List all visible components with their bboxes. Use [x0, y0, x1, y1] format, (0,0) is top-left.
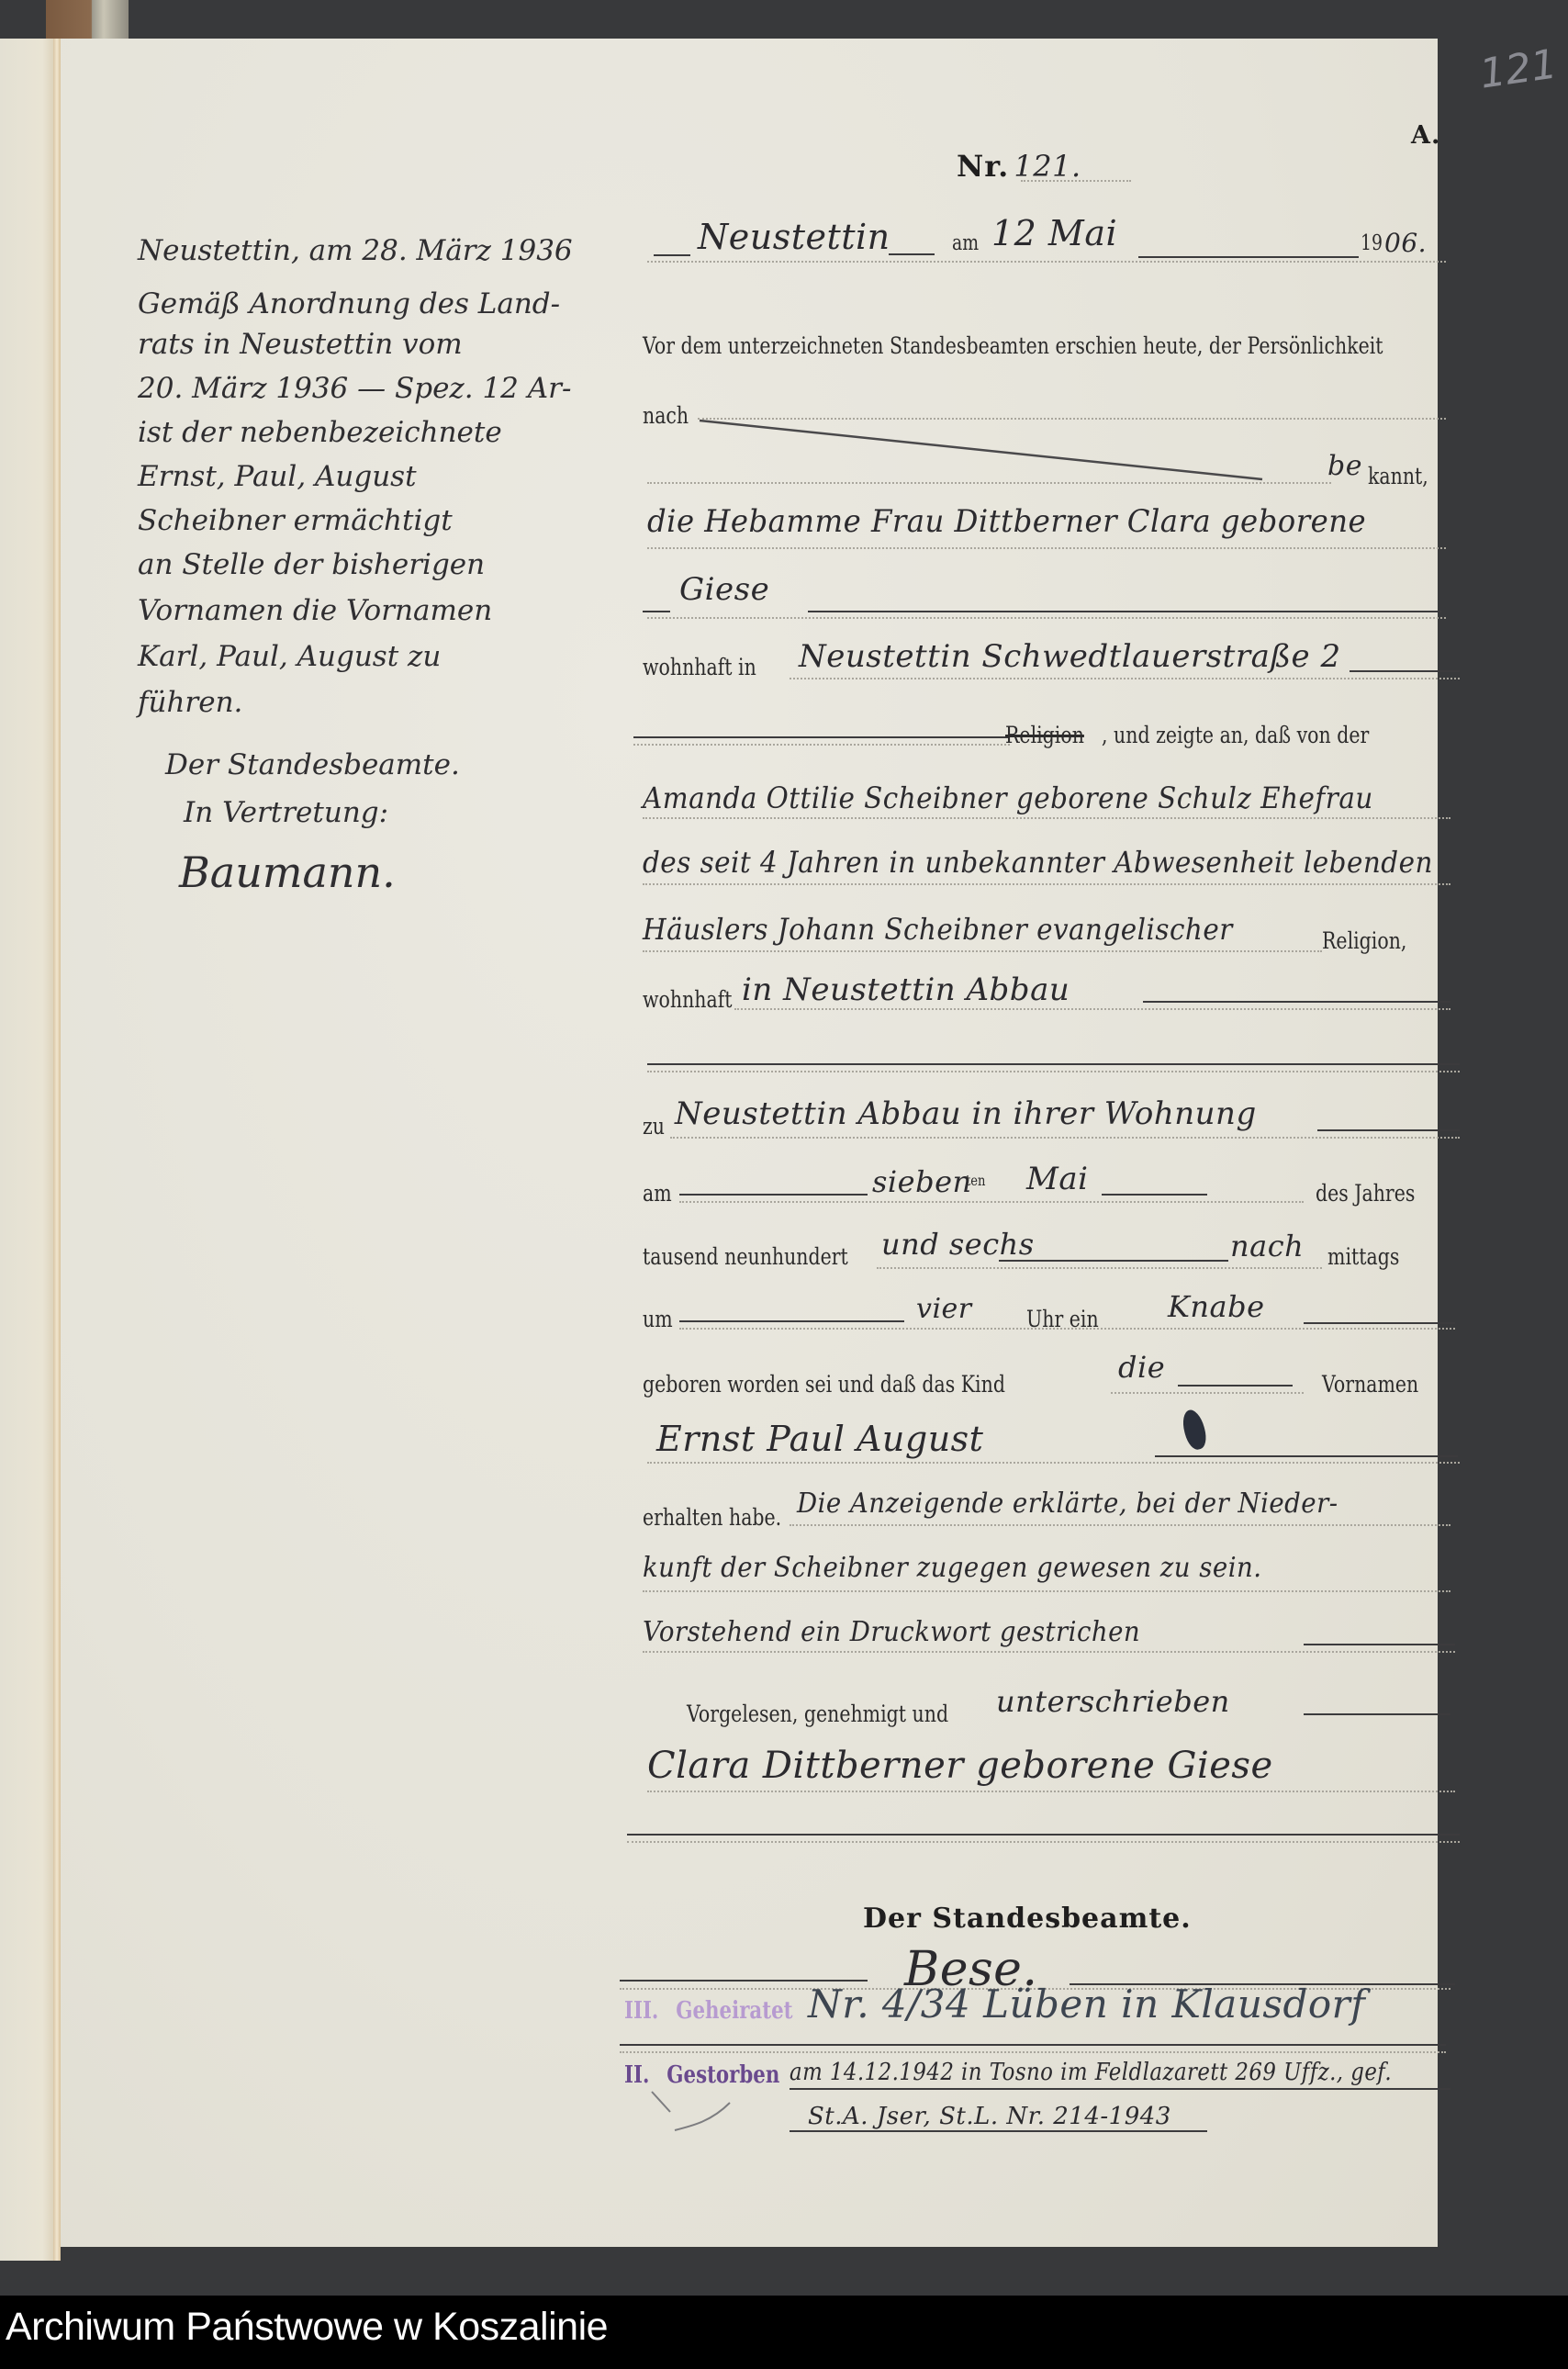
- ink-rule: [1102, 1194, 1207, 1196]
- dotted-rule: [1021, 180, 1131, 182]
- declaration-line2: kunft der Scheibner zugegen gewesen zu s…: [643, 1552, 1261, 1584]
- dotted-rule: [647, 617, 1446, 619]
- declaration-line1: Die Anzeigende erklärte, bei der Nieder-: [797, 1488, 1338, 1520]
- mother-address: in Neustettin Abbau: [742, 971, 1070, 1008]
- religion-struck-label: Religion: [1005, 722, 1084, 748]
- wohnhaft-label: wohnhaft: [643, 986, 733, 1013]
- form-letter: A.: [1411, 121, 1440, 150]
- dotted-rule: [647, 261, 1446, 263]
- intro-text: Vor dem unterzeichneten Standesbeamten e…: [643, 332, 1383, 359]
- bekannt-label: kannt,: [1368, 463, 1428, 489]
- registrar-title: Der Standesbeamte.: [863, 1903, 1192, 1935]
- ink-rule: [1304, 1322, 1455, 1324]
- year-suffix: 06.: [1384, 228, 1427, 258]
- married-stamp: III. Geheiratet: [624, 1997, 793, 2025]
- bekannt-prefix: be: [1327, 450, 1362, 482]
- ink-rule: [647, 1063, 1460, 1065]
- ink-rule: [627, 1834, 1460, 1836]
- dotted-rule: [790, 1524, 1450, 1526]
- ink-rule: [679, 1320, 904, 1322]
- informant-name-line1: die Hebamme Frau Dittberner Clara gebore…: [647, 503, 1366, 540]
- margin-note-line: Neustettin, am 28. März 1936: [138, 234, 573, 267]
- ink-rule: [654, 254, 690, 256]
- dotted-rule: [643, 817, 1450, 819]
- dotted-rule: [647, 547, 1446, 549]
- dotted-rule: [734, 1008, 1450, 1010]
- margin-note-line: an Stelle der bisherigen: [138, 548, 485, 581]
- mother-line1: Amanda Ottilie Scheibner geborene Schulz…: [643, 780, 1373, 815]
- birthplace: Neustettin Abbau in ihrer Wohnung: [675, 1095, 1257, 1132]
- ink-rule: [999, 1260, 1228, 1262]
- informant-name-line2: Giese: [679, 571, 769, 608]
- dotted-rule: [647, 1462, 1460, 1464]
- previous-page-edge: [0, 39, 53, 2261]
- ink-rule: [1143, 1001, 1450, 1003]
- margin-note-line: ist der nebenbezeichnete: [138, 416, 502, 449]
- marriage-record: Nr. 4/34 Lüben in Klausdorf: [808, 1982, 1365, 2027]
- mother-line3: Häuslers Johann Scheibner evangelischer: [643, 912, 1233, 947]
- dotted-rule: [647, 1071, 1460, 1072]
- declaration-line3: Vorstehend ein Druckwort gestrichen: [643, 1616, 1140, 1648]
- death-record-line2: St.A. Jser, St.L. Nr. 214-1943: [808, 2103, 1171, 2130]
- informant-signature: Clara Dittberner geborene Giese: [647, 1745, 1273, 1787]
- ink-rule: [1138, 256, 1359, 258]
- mother-line2: des seit 4 Jahren in unbekannter Abwesen…: [643, 845, 1433, 880]
- dotted-rule: [679, 1328, 1455, 1330]
- ink-rule: [808, 611, 1441, 612]
- death-record-line1: am 14.12.1942 in Tosno im Feldlazarett 2…: [790, 2059, 1392, 2086]
- zeigte-an-text: , und zeigte an, daß von der: [1102, 722, 1369, 748]
- dotted-rule: [647, 1791, 1455, 1792]
- margin-note-line: führen.: [138, 686, 242, 719]
- child-given-names: Ernst Paul August: [656, 1419, 983, 1459]
- pencil-mark: [643, 2084, 744, 2149]
- margin-note-line: Scheibner ermächtigt: [138, 504, 453, 537]
- informant-address: Neustettin Schwedtlauerstraße 2: [799, 638, 1341, 675]
- ink-rule: [1304, 1644, 1455, 1645]
- dotted-rule: [620, 2051, 1446, 2053]
- wohnhaft-in-label: wohnhaft in: [643, 654, 756, 680]
- ink-rule: [1155, 1455, 1458, 1457]
- birth-year-words: und sechs: [881, 1227, 1035, 1262]
- record-number: Nr. 121.: [957, 149, 1081, 184]
- birth-hour: vier: [916, 1293, 972, 1325]
- dotted-rule: [1111, 1392, 1304, 1394]
- margin-note-line: Ernst, Paul, August: [138, 460, 417, 493]
- date-label: am: [952, 231, 979, 255]
- ink-rule: [1350, 670, 1460, 672]
- register-page: [61, 39, 1438, 2247]
- child-sex: Knabe: [1168, 1289, 1265, 1324]
- birth-day: sieben: [872, 1164, 972, 1199]
- erhalten-label: erhalten habe.: [643, 1504, 781, 1531]
- dotted-rule: [790, 678, 1460, 679]
- day-label: am: [643, 1180, 672, 1207]
- dotted-rule: [670, 1137, 1460, 1139]
- dotted-rule: [877, 1267, 1322, 1269]
- book-binding-edge: [46, 0, 129, 39]
- mittags-label: mittags: [1327, 1243, 1399, 1270]
- birth-month: Mai: [1026, 1161, 1088, 1197]
- dotted-rule: [633, 744, 1010, 746]
- margin-note-signature: Baumann.: [179, 848, 396, 897]
- dotted-rule: [643, 950, 1322, 952]
- nach-label: nach: [643, 402, 689, 429]
- birthplace-label: zu: [643, 1113, 665, 1140]
- dotted-rule: [643, 1651, 1455, 1653]
- margin-note-signoff: In Vertretung:: [184, 796, 388, 829]
- die-hand: die: [1118, 1350, 1165, 1385]
- margin-note-signoff: Der Standesbeamte.: [165, 748, 460, 781]
- margin-note-line: 20. März 1936 — Spez. 12 Ar-: [138, 372, 571, 405]
- des-jahres-label: des Jahres: [1316, 1180, 1415, 1207]
- ink-rule: [1304, 1713, 1450, 1715]
- dotted-rule: [643, 883, 1450, 885]
- tausend-label: tausend neunhundert: [643, 1243, 848, 1270]
- unterschrieben-hand: unterschrieben: [996, 1684, 1230, 1719]
- record-number-value: 121.: [1014, 149, 1081, 184]
- ink-rule: [889, 253, 935, 255]
- margin-note-line: Vornamen die Vornamen: [138, 594, 492, 627]
- dotted-rule: [647, 482, 1331, 484]
- ink-rule: [620, 2044, 1446, 2046]
- ink-rule: [1317, 1129, 1460, 1131]
- registration-place: Neustettin: [698, 217, 890, 257]
- nach-mittags: nach: [1230, 1229, 1304, 1263]
- archive-footer-label: Archiwum Państwowe w Koszalinie: [6, 2305, 608, 2350]
- ink-rule: [643, 611, 670, 612]
- margin-note-line: rats in Neustettin vom: [138, 328, 463, 361]
- ink-rule: [790, 2130, 1207, 2132]
- vornamen-label: Vornamen: [1322, 1371, 1418, 1398]
- vorgelesen-label: Vorgelesen, genehmigt und: [687, 1701, 948, 1727]
- married-stamp-label: Geheiratet: [676, 1997, 792, 2025]
- registration-date: 12 Mai: [991, 213, 1117, 253]
- margin-note-line: Gemäß Anordnung des Land-: [138, 287, 560, 320]
- geboren-text: geboren worden sei und daß das Kind: [643, 1371, 1005, 1398]
- um-label: um: [643, 1306, 673, 1332]
- year-prefix: 19: [1361, 231, 1383, 255]
- ink-rule: [1178, 1385, 1293, 1387]
- ink-rule: [679, 1194, 868, 1196]
- record-number-label: Nr.: [957, 149, 1009, 184]
- margin-note-line: Karl, Paul, August zu: [138, 640, 441, 673]
- dotted-rule: [627, 1841, 1460, 1843]
- dotted-rule: [643, 1590, 1450, 1592]
- ink-rule: [790, 2088, 1450, 2090]
- page-gutter: [53, 39, 61, 2261]
- religion-label: Religion,: [1322, 927, 1406, 954]
- strike-diagonal: [698, 413, 1276, 487]
- dotted-rule: [679, 1201, 1304, 1203]
- ink-rule: [633, 736, 1010, 738]
- married-stamp-numeral: III.: [624, 1997, 658, 2025]
- day-suffix: ten: [966, 1172, 985, 1189]
